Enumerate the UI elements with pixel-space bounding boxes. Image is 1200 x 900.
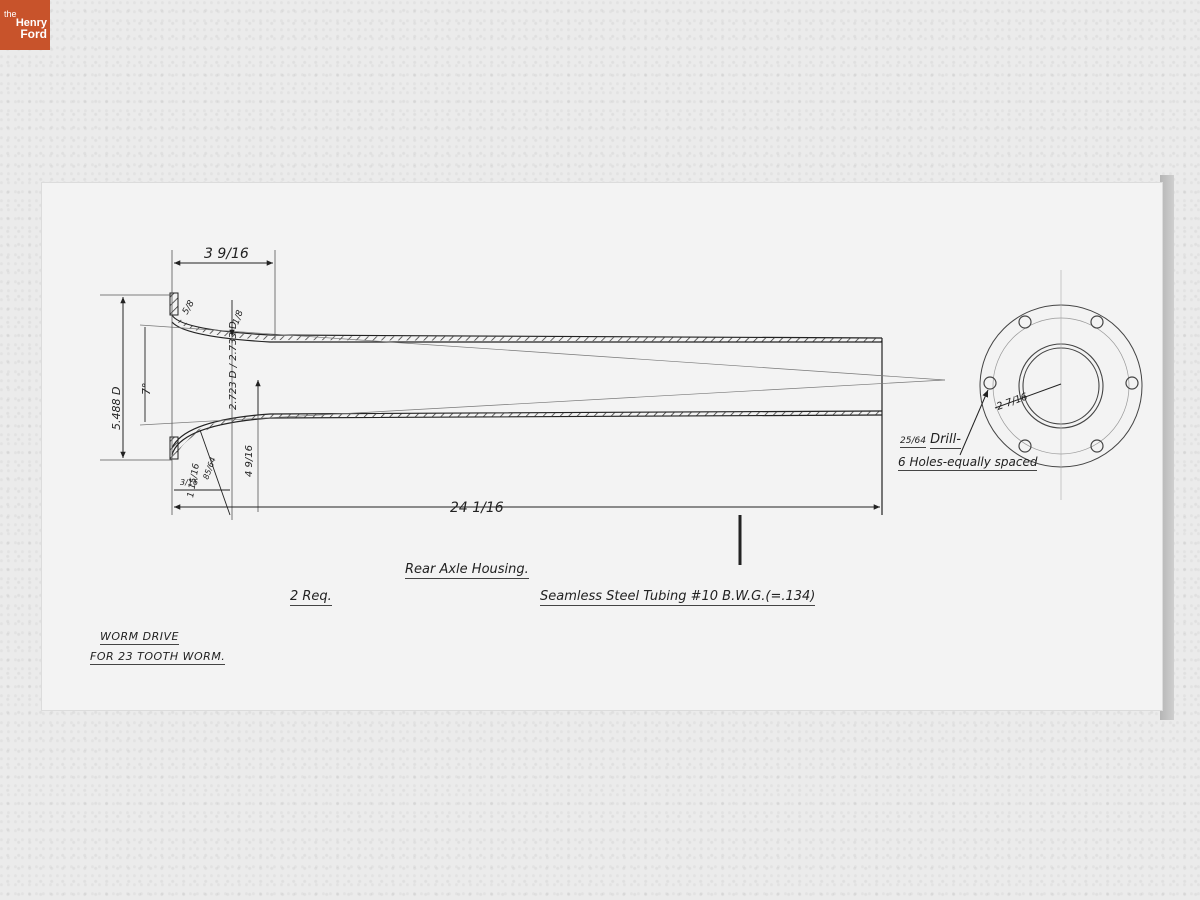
dim-overall-length: 24 1/16 [450,500,504,516]
dim-flange-radius: 5/8 [181,299,197,317]
dim-flange-length: 3 9/16 [204,246,249,262]
drawing-title: Rear Axle Housing. [405,562,529,579]
quantity-note: 2 Req. [290,589,332,606]
drill-fraction: 25/64 [900,436,926,448]
tube-side-view [100,250,945,520]
technical-drawing: 3 9/16 5/8 1/8 5.488 D 7° 2.723 D / 2.73… [0,0,1200,900]
dim-bolt-circle-radius: 2 7/16 [995,392,1029,413]
dim-offset-length: 4 9/16 [244,445,255,477]
material-note: Seamless Steel Tubing #10 B.W.G.(=.134) [540,589,815,606]
drill-note: 25/64 Drill- [900,432,961,447]
dim-radius-small: 85/64 [201,456,217,481]
dim-tube-diameters: 2.723 D / 2.733 D [228,321,239,410]
dim-flange-offset: 1 15/16 [186,463,202,499]
dim-outer-diameter: 5.488 D [110,387,123,430]
project-line2: FOR 23 TOOTH WORM. [90,650,225,665]
drill-note-line2: 6 Holes-equally spaced [898,455,1037,471]
project-line1: WORM DRIVE [100,630,179,645]
dim-taper-angle: 7° [140,383,153,396]
drill-note-line1: Drill- [930,432,961,449]
